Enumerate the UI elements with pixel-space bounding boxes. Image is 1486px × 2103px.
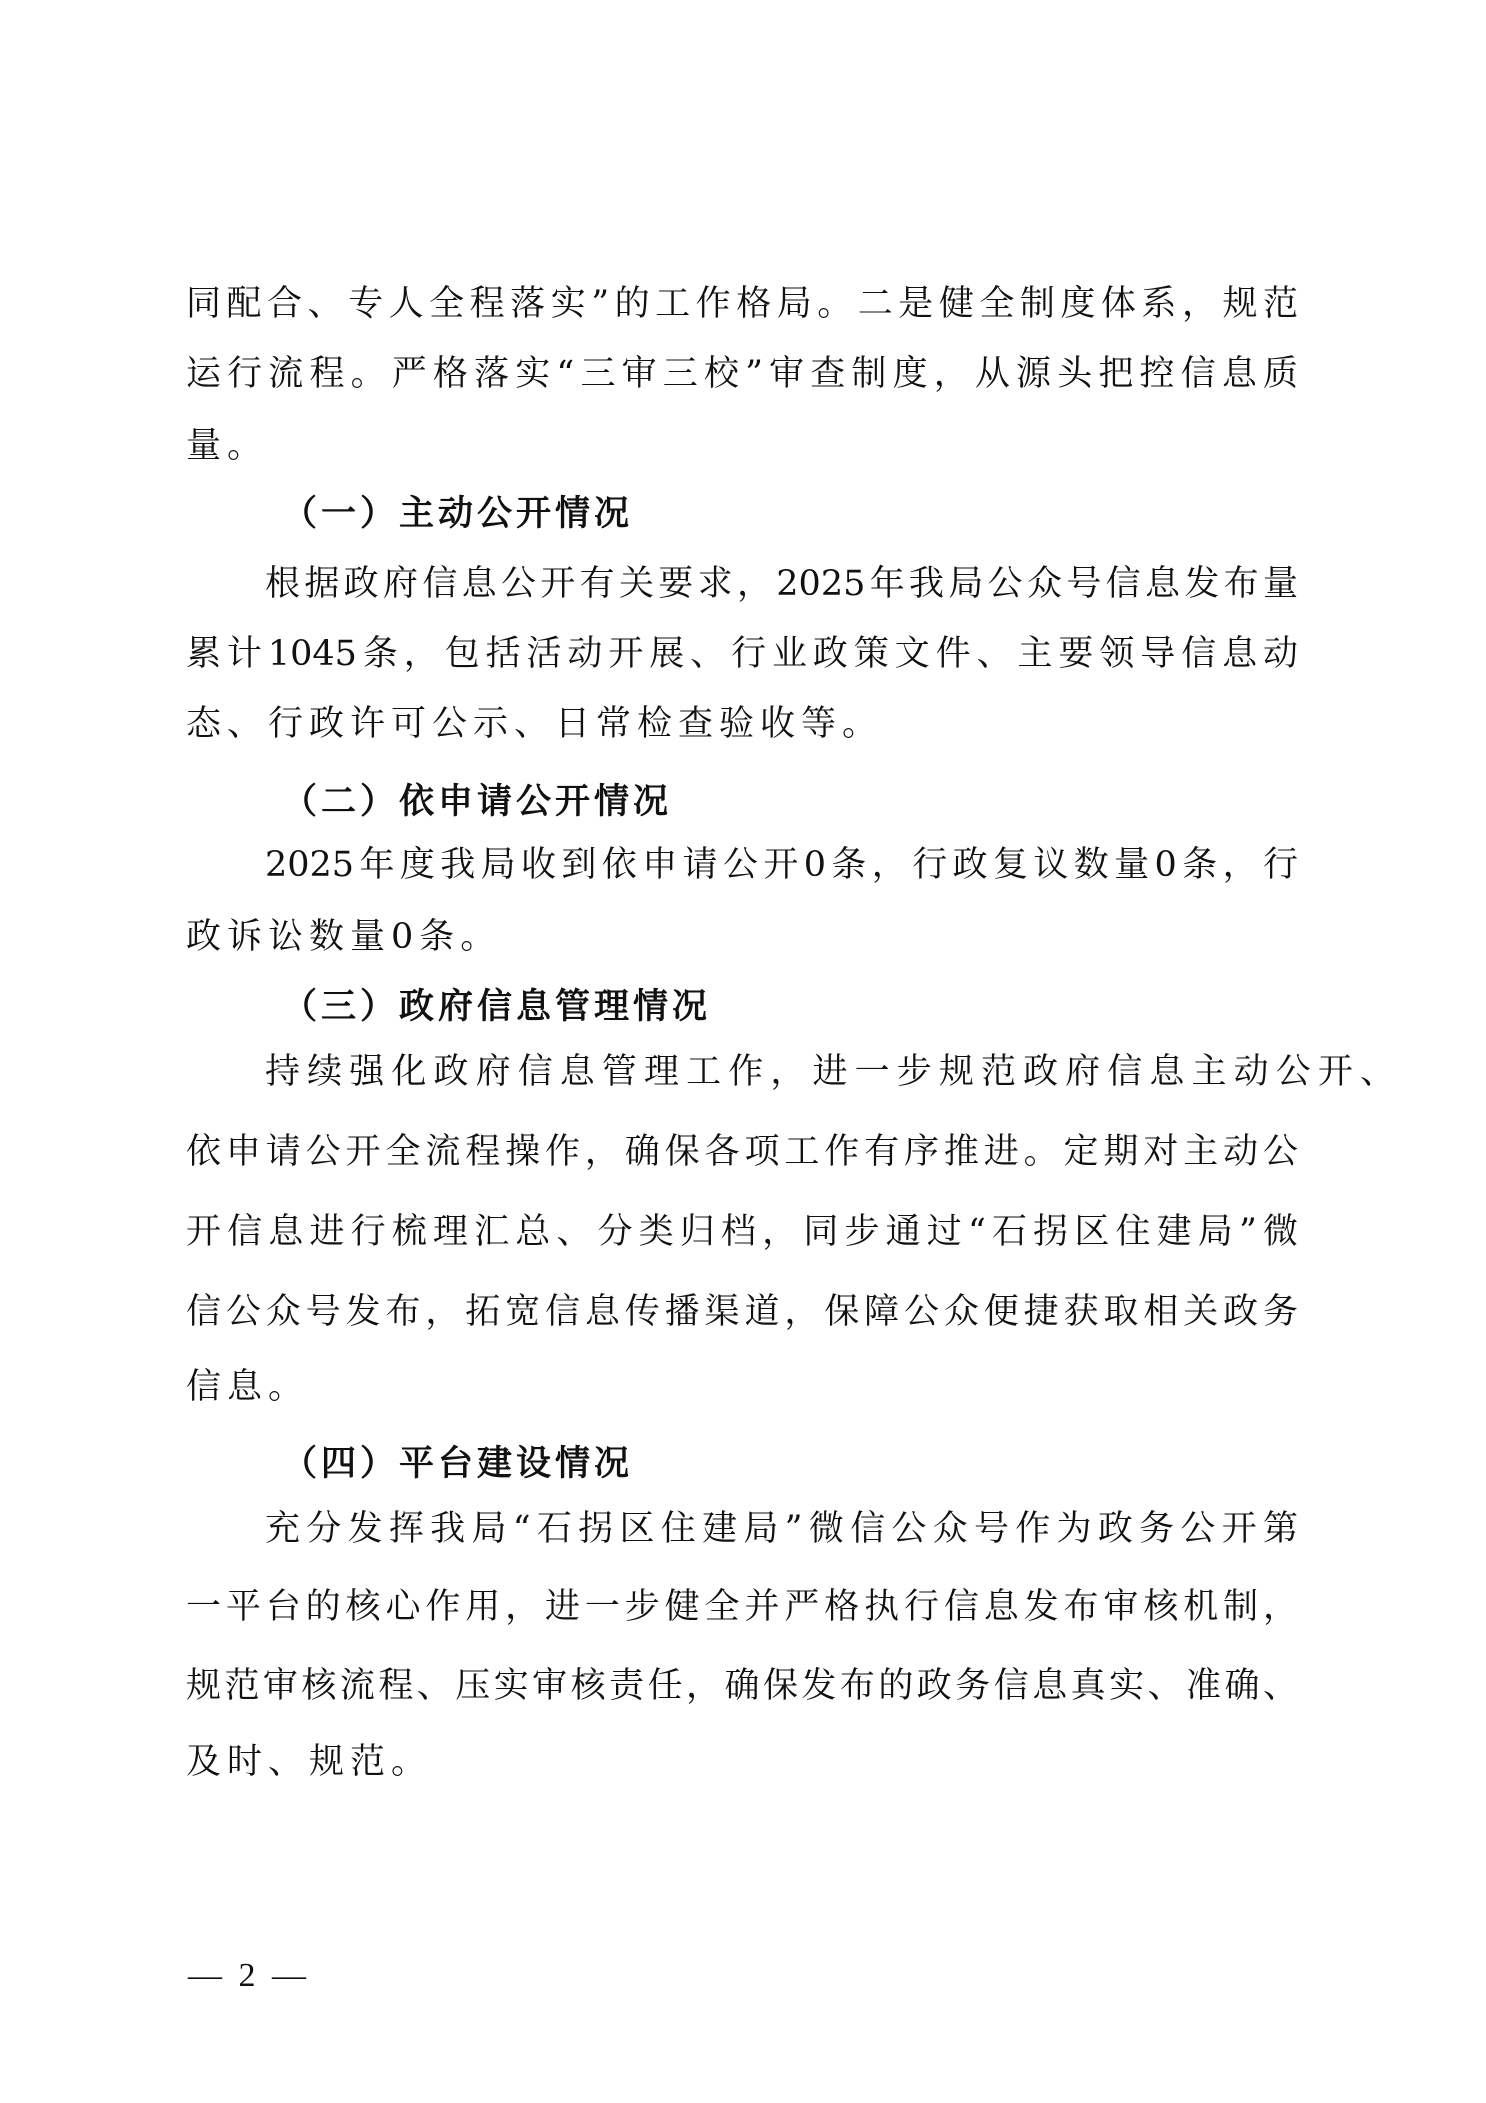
body-text-line: 信公众号发布，拓宽信息传播渠道，保障公众便捷获取相关政务: [186, 1292, 1298, 1332]
section-heading-application-disclosure: （二）依申请公开情况: [282, 782, 672, 822]
body-text-line: 规范审核流程、压实审核责任，确保发布的政务信息真实、准确、: [186, 1666, 1298, 1706]
body-text-line: 充分发挥我局“石拐区住建局”微信公众号作为政务公开第: [265, 1509, 1298, 1549]
body-text-line: 开信息进行梳理汇总、分类归档，同步通过“石拐区住建局”微: [186, 1212, 1298, 1252]
body-text-line: 2025年度我局收到依申请公开0条，行政复议数量0条，行: [265, 845, 1298, 885]
section-heading-information-management: （三）政府信息管理情况: [282, 987, 711, 1027]
body-text-line: 及时、规范。: [186, 1742, 1298, 1782]
body-text-line: 根据政府信息公开有关要求，2025年我局公众号信息发布量: [265, 564, 1298, 604]
body-text-line: 运行流程。严格落实“三审三校”审查制度，从源头把控信息质: [186, 354, 1298, 394]
body-text-line: 信息。: [186, 1367, 1298, 1407]
body-text-line: 同配合、专人全程落实”的工作格局。二是健全制度体系，规范: [186, 284, 1298, 324]
body-text-line: 量。: [186, 426, 1298, 466]
body-text-line: 依申请公开全流程操作，确保各项工作有序推进。定期对主动公: [186, 1132, 1298, 1172]
body-text-line: 政诉讼数量0条。: [186, 917, 1298, 957]
document-page: 同配合、专人全程落实”的工作格局。二是健全制度体系，规范 运行流程。严格落实“三…: [0, 0, 1486, 2103]
body-text-line: 持续强化政府信息管理工作，进一步规范政府信息主动公开、: [265, 1052, 1395, 1092]
section-heading-platform-construction: （四）平台建设情况: [282, 1444, 633, 1484]
page-number: — 2 —: [188, 1956, 310, 1996]
section-heading-proactive-disclosure: （一）主动公开情况: [282, 494, 633, 534]
body-text-line: 累计1045条，包括活动开展、行业政策文件、主要领导信息动: [186, 634, 1298, 674]
body-text-line: 态、行政许可公示、日常检查验收等。: [186, 704, 1298, 744]
body-text-line: 一平台的核心作用，进一步健全并严格执行信息发布审核机制，: [186, 1587, 1298, 1627]
